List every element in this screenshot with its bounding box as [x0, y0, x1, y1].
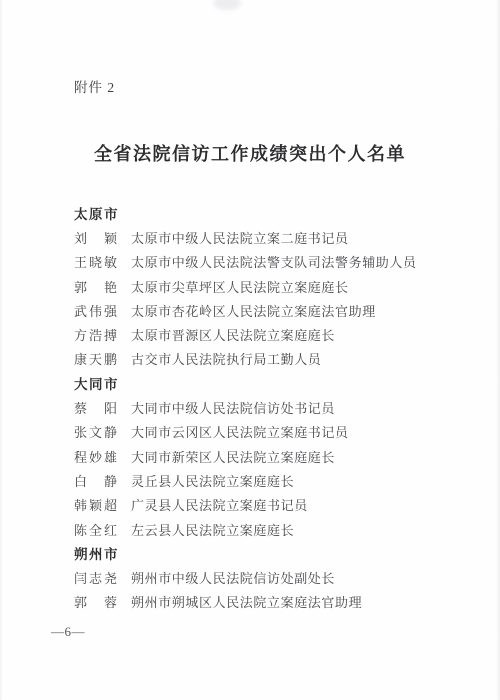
person-name: 闫志尧: [74, 568, 124, 587]
page-number: —6—: [51, 624, 85, 640]
person-position: 古交市人民法院执行局工勤人员: [131, 349, 321, 368]
person-position: 灵丘县人民法院立案庭庭长: [131, 471, 294, 490]
person-name: 白 静: [74, 471, 124, 490]
person-row: 方浩搏太原市晋源区人民法院立案庭庭长: [74, 322, 450, 346]
person-name: 王晓敏: [74, 252, 124, 271]
section-city-header: 太原市: [74, 201, 450, 225]
person-position: 朔州市中级人民法院信访处副处长: [131, 568, 335, 587]
person-position: 太原市晋源区人民法院立案庭庭长: [131, 325, 335, 344]
document-page: 附件 2 全省法院信访工作成绩突出个人名单 太原市刘 颖太原市中级人民法院立案二…: [0, 0, 500, 700]
document-title: 全省法院信访工作成绩突出个人名单: [0, 140, 500, 166]
person-row: 郭 艳太原市尖草坪区人民法院立案庭庭长: [74, 274, 450, 298]
person-row: 闫志尧朔州市中级人民法院信访处副处长: [74, 565, 450, 589]
person-name: 程妙雄: [74, 447, 124, 466]
person-position: 太原市尖草坪区人民法院立案庭庭长: [131, 277, 349, 296]
person-position: 太原市中级人民法院立案二庭书记员: [131, 228, 349, 247]
person-row: 白 静灵丘县人民法院立案庭庭长: [74, 468, 450, 492]
person-row: 韩颖超广灵县人民法院立案庭书记员: [74, 493, 450, 517]
section-city-header: 朔州市: [74, 541, 450, 565]
scan-edge-left: [0, 0, 3, 700]
person-name: 方浩搏: [74, 325, 124, 344]
attachment-label: 附件 2: [74, 76, 115, 96]
person-position: 左云县人民法院立案庭庭长: [131, 520, 294, 539]
person-name: 陈全红: [74, 520, 124, 539]
person-row: 张文静大同市云冈区人民法院立案庭书记员: [74, 420, 450, 444]
name-list: 太原市刘 颖太原市中级人民法院立案二庭书记员王晓敏太原市中级人民法院法警支队司法…: [74, 201, 450, 614]
person-position: 太原市中级人民法院法警支队司法警务辅助人员: [131, 252, 417, 271]
person-row: 康天鹏古交市人民法院执行局工勤人员: [74, 347, 450, 371]
person-position: 大同市中级人民法院信访处书记员: [131, 398, 335, 417]
person-name: 郭 蓉: [74, 592, 124, 611]
person-position: 广灵县人民法院立案庭书记员: [131, 495, 308, 514]
person-position: 大同市新荣区人民法院立案庭庭长: [131, 447, 335, 466]
person-row: 武伟强太原市杏花岭区人民法院立案庭法官助理: [74, 298, 450, 322]
person-position: 太原市杏花岭区人民法院立案庭法官助理: [131, 301, 376, 320]
person-row: 刘 颖太原市中级人民法院立案二庭书记员: [74, 225, 450, 249]
person-row: 蔡 阳大同市中级人民法院信访处书记员: [74, 395, 450, 419]
person-row: 郭 蓉朔州市朔城区人民法院立案庭法官助理: [74, 590, 450, 614]
scan-smudge: [213, 0, 241, 10]
person-position: 朔州市朔城区人民法院立案庭法官助理: [131, 592, 362, 611]
person-name: 张文静: [74, 422, 124, 441]
person-name: 郭 艳: [74, 277, 124, 296]
person-row: 陈全红左云县人民法院立案庭庭长: [74, 517, 450, 541]
person-position: 大同市云冈区人民法院立案庭书记员: [131, 422, 349, 441]
scan-edge-right: [496, 0, 500, 700]
section-city-header: 大同市: [74, 371, 450, 395]
person-row: 程妙雄大同市新荣区人民法院立案庭庭长: [74, 444, 450, 468]
person-name: 武伟强: [74, 301, 124, 320]
person-name: 蔡 阳: [74, 398, 124, 417]
person-name: 康天鹏: [74, 349, 124, 368]
person-name: 韩颖超: [74, 495, 124, 514]
person-name: 刘 颖: [74, 228, 124, 247]
person-row: 王晓敏太原市中级人民法院法警支队司法警务辅助人员: [74, 250, 450, 274]
